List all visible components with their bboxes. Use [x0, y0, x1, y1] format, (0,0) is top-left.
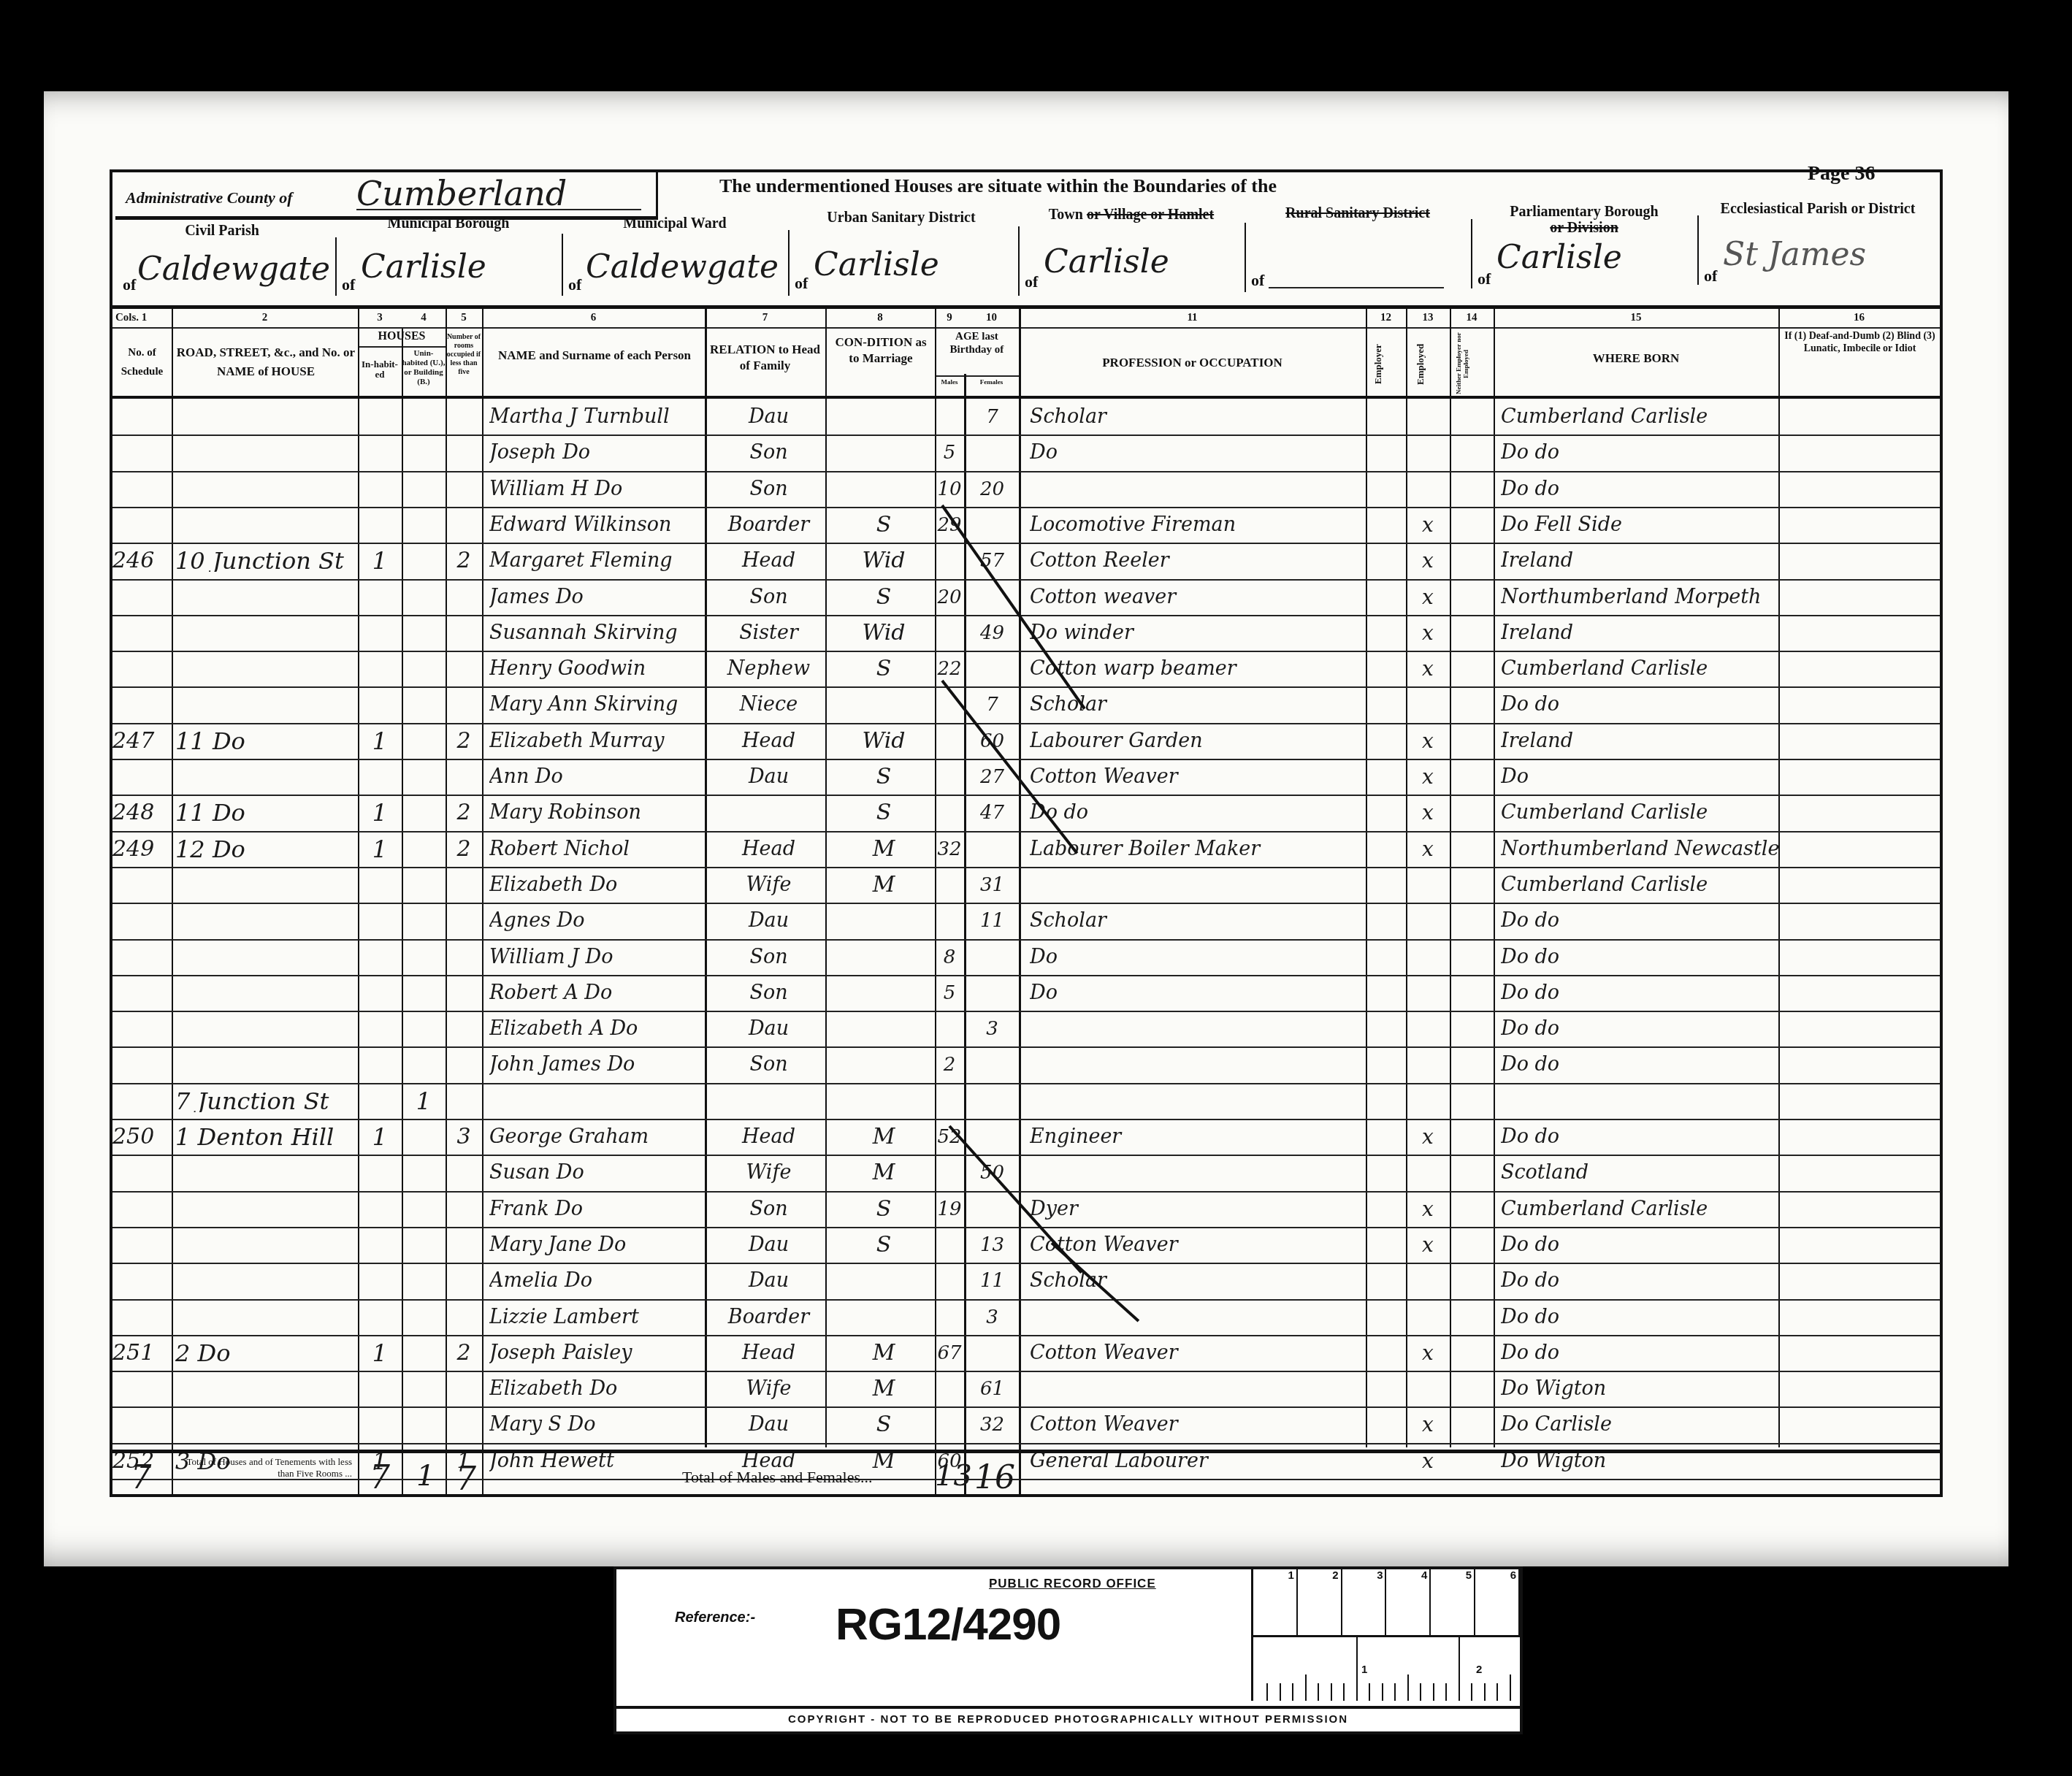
cell-relation: Son: [712, 478, 825, 500]
town-value: Carlisle: [1044, 243, 1169, 280]
cell-name: Henry Goodwin: [489, 658, 705, 680]
cell-born: Northumberland Morpeth: [1501, 586, 1778, 608]
cell-born: Northumberland Newcastle: [1501, 838, 1778, 860]
cell-born: Do: [1501, 766, 1778, 788]
cell-employed: x: [1406, 586, 1450, 608]
col-uninhabited-header: Unin-habited (U.), or Building (B.): [402, 349, 446, 387]
cell-occupation: Locomotive Fireman: [1030, 514, 1366, 536]
cell-relation: Head: [712, 730, 825, 752]
cell-occupation: Dyer: [1030, 1198, 1366, 1220]
cell-inhab: 1: [358, 1342, 402, 1364]
cell-male: 20: [935, 586, 964, 608]
total-rooms: 7: [456, 1461, 476, 1498]
cell-relation: Head: [712, 550, 825, 572]
cell-name: Frank Do: [489, 1198, 705, 1220]
cell-inhab: 1: [358, 550, 402, 572]
cell-born: Cumberland Carlisle: [1501, 1198, 1778, 1220]
cell-relation: Head: [712, 838, 825, 860]
total-inhabited: 7: [370, 1459, 390, 1496]
col-infirmity-header: If (1) Deaf-and-Dumb (2) Blind (3) Lunat…: [1781, 330, 1938, 355]
cell-sched: 247: [112, 730, 172, 752]
locations-row: Civil Parish of Caldewgate Municipal Bor…: [112, 215, 1940, 303]
cell-occupation: Cotton Reeler: [1030, 550, 1366, 572]
col-age-header: AGE last Birthday of: [935, 330, 1019, 356]
location-rural-sanitary-district: Rural Sanitary District of: [1248, 215, 1467, 299]
cell-male: 5: [935, 982, 964, 1004]
col-schedule-header: No. of Schedule: [112, 343, 172, 381]
cell-cond: M: [833, 1378, 935, 1400]
cell-address: 7 Junction St: [175, 1090, 358, 1112]
copyright-notice: COPYRIGHT - NOT TO BE REPRODUCED PHOTOGR…: [616, 1706, 1520, 1726]
cell-name: Elizabeth Do: [489, 1378, 705, 1400]
cell-name: Elizabeth A Do: [489, 1018, 705, 1040]
cell-born: Scotland: [1501, 1162, 1778, 1184]
cell-male: 2: [935, 1054, 964, 1076]
cell-address: 2 Do: [175, 1342, 358, 1364]
col-relation-header: RELATION to Head of Family: [708, 342, 822, 374]
cell-cond: M: [833, 1162, 935, 1184]
cell-relation: Dau: [712, 1414, 825, 1436]
cell-occupation: Do do: [1030, 802, 1366, 824]
cell-cond: M: [833, 1126, 935, 1148]
cell-name: Agnes Do: [489, 910, 705, 932]
cell-relation: Nephew: [712, 658, 825, 680]
cell-employed: x: [1406, 1414, 1450, 1436]
reference-number: RG12/4290: [836, 1599, 1060, 1650]
cell-relation: Dau: [712, 1018, 825, 1040]
col-males-header: Males: [935, 378, 964, 386]
cell-name: Mary S Do: [489, 1414, 705, 1436]
cell-relation: Boarder: [712, 1306, 825, 1328]
cell-employed: x: [1406, 1198, 1450, 1220]
cell-born: Do do: [1501, 478, 1778, 500]
cell-born: Cumberland Carlisle: [1501, 874, 1778, 896]
cell-name: Susan Do: [489, 1162, 705, 1184]
cell-inhab: 1: [358, 730, 402, 752]
reference-card: PUBLIC RECORD OFFICE Reference:- RG12/42…: [613, 1566, 1523, 1734]
cell-occupation: Scholar: [1030, 910, 1366, 932]
cell-name: Joseph Paisley: [489, 1342, 705, 1364]
urban-sanitary-district-value: Carlisle: [814, 246, 939, 283]
cell-rooms: 2: [446, 838, 482, 860]
location-parliamentary-borough: Parliamentary Boroughor Division of Carl…: [1475, 215, 1694, 299]
parliamentary-borough-value: Carlisle: [1496, 239, 1622, 276]
cell-relation: Son: [712, 1198, 825, 1220]
cell-address: 11 Do: [175, 802, 358, 824]
cell-name: Edward Wilkinson: [489, 514, 705, 536]
cell-name: Martha J Turnbull: [489, 406, 705, 428]
location-urban-sanitary-district: Urban Sanitary District of Carlisle: [792, 215, 1011, 299]
col-address-header: ROAD, STREET, &c., and No. or NAME of HO…: [175, 343, 357, 381]
cell-relation: Dau: [712, 1270, 825, 1292]
cell-name: Mary Ann Skirving: [489, 694, 705, 716]
cell-occupation: Cotton warp beamer: [1030, 658, 1366, 680]
cell-sched: 251: [112, 1342, 172, 1364]
cell-born: Do Wigton: [1501, 1378, 1778, 1400]
cell-born: Do do: [1501, 1126, 1778, 1148]
cell-relation: Son: [712, 946, 825, 968]
cell-inhab: 1: [358, 1126, 402, 1148]
cell-relation: Wife: [712, 1162, 825, 1184]
cell-relation: Dau: [712, 766, 825, 788]
cell-relation: Niece: [712, 694, 825, 716]
cell-occupation: Cotton Weaver: [1030, 766, 1366, 788]
cell-male: 67: [935, 1342, 964, 1364]
cell-address: 1 Denton Hill: [175, 1126, 358, 1148]
cell-female: 61: [966, 1378, 1019, 1400]
cell-born: Cumberland Carlisle: [1501, 658, 1778, 680]
cell-male: 8: [935, 946, 964, 968]
cell-occupation: Do: [1030, 946, 1366, 968]
cell-cond: S: [833, 586, 935, 608]
cell-employed: x: [1406, 838, 1450, 860]
col-employer-header: Employer: [1373, 332, 1399, 397]
cell-relation: Dau: [712, 1234, 825, 1256]
cell-born: Do do: [1501, 946, 1778, 968]
cell-employed: x: [1406, 1342, 1450, 1364]
cell-born: Ireland: [1501, 622, 1778, 644]
cell-male: 32: [935, 838, 964, 860]
cell-employed: x: [1406, 622, 1450, 644]
cell-relation: Wife: [712, 874, 825, 896]
cell-address: 12 Do: [175, 838, 358, 860]
cell-born: Ireland: [1501, 550, 1778, 572]
location-town: Town or Village or Hamlet of Carlisle: [1022, 215, 1241, 299]
cell-employed: x: [1406, 1234, 1450, 1256]
cell-male: 19: [935, 1198, 964, 1220]
cell-rooms: 2: [446, 802, 482, 824]
col-name-header: NAME and Surname of each Person: [492, 346, 697, 365]
total-males: 13: [935, 1459, 972, 1493]
ecclesiastical-parish-value: St James: [1723, 236, 1866, 273]
cell-born: Do do: [1501, 982, 1778, 1004]
cell-born: Do do: [1501, 1234, 1778, 1256]
cell-sched: 249: [112, 838, 172, 860]
col-where-born-header: WHERE BORN: [1494, 351, 1778, 367]
cell-born: Do Fell Side: [1501, 514, 1778, 536]
cell-name: Ann Do: [489, 766, 705, 788]
reference-label: Reference:-: [675, 1609, 755, 1626]
total-uninhabited: 1: [416, 1459, 435, 1493]
location-civil-parish: Civil Parish of Caldewgate: [112, 215, 332, 299]
location-municipal-borough: Municipal Borough of Carlisle: [339, 215, 558, 299]
cell-uninhab: 1: [402, 1090, 446, 1112]
cell-female: 7: [966, 406, 1019, 428]
col-inhabited-header: In-habit-ed: [358, 359, 402, 380]
cell-employed: x: [1406, 514, 1450, 536]
cell-sched: 248: [112, 802, 172, 824]
cell-female: 11: [966, 910, 1019, 932]
cell-relation: Sister: [712, 622, 825, 644]
cell-relation: Son: [712, 982, 825, 1004]
cell-cond: S: [833, 766, 935, 788]
cell-name: Mary Robinson: [489, 802, 705, 824]
cell-cond: S: [833, 1234, 935, 1256]
cell-rooms: 3: [446, 1126, 482, 1148]
cell-occupation: Cotton Weaver: [1030, 1414, 1366, 1436]
cell-born: Do do: [1501, 1270, 1778, 1292]
cell-name: Susannah Skirving: [489, 622, 705, 644]
cell-sched: 246: [112, 550, 172, 572]
cell-born: Cumberland Carlisle: [1501, 802, 1778, 824]
cell-cond: M: [833, 838, 935, 860]
cell-cond: Wid: [833, 550, 935, 572]
cell-occupation: Labourer Garden: [1030, 730, 1366, 752]
cell-male: 22: [935, 658, 964, 680]
cell-cond: S: [833, 1198, 935, 1220]
cell-female: 31: [966, 874, 1019, 896]
cell-rooms: 2: [446, 550, 482, 572]
cell-inhab: 1: [358, 838, 402, 860]
cell-relation: Dau: [712, 910, 825, 932]
cell-born: Do do: [1501, 1054, 1778, 1076]
cell-occupation: Cotton Weaver: [1030, 1342, 1366, 1364]
cell-female: 11: [966, 1270, 1019, 1292]
cell-relation: Boarder: [712, 514, 825, 536]
cell-born: Do do: [1501, 442, 1778, 464]
location-municipal-ward: Municipal Ward of Caldewgate: [565, 215, 784, 299]
totals-persons-label: Total of Males and Females...: [682, 1468, 873, 1487]
cell-female: 7: [966, 694, 1019, 716]
column-header: Cols. 1 2 3 4 5 6 7 8 9 10 11 12 13 14 1…: [112, 308, 1940, 396]
cell-relation: Wife: [712, 1378, 825, 1400]
cell-name: Elizabeth Murray: [489, 730, 705, 752]
cell-born: Do do: [1501, 1306, 1778, 1328]
cell-employed: x: [1406, 658, 1450, 680]
location-ecclesiastical-parish: Ecclesiastical Parish or District of St …: [1701, 215, 1935, 299]
total-schedules: 7: [131, 1459, 151, 1496]
cell-relation: Son: [712, 442, 825, 464]
cell-female: 3: [966, 1306, 1019, 1328]
totals-row: 7 Total of Houses and of Tenements with …: [112, 1453, 1940, 1497]
public-record-office-label: PUBLIC RECORD OFFICE: [989, 1577, 1156, 1591]
cell-employed: x: [1406, 730, 1450, 752]
cell-employed: x: [1406, 550, 1450, 572]
cell-born: Do Carlisle: [1501, 1414, 1778, 1436]
totals-houses-label: Total of Houses and of Tenements with le…: [177, 1456, 352, 1480]
cell-name: Lizzie Lambert: [489, 1306, 705, 1328]
cell-born: Cumberland Carlisle: [1501, 406, 1778, 428]
cell-name: John James Do: [489, 1054, 705, 1076]
cell-name: William H Do: [489, 478, 705, 500]
col-employed-header: Employed: [1415, 332, 1441, 397]
municipal-ward-value: Caldewgate: [586, 248, 779, 286]
cell-occupation: Labourer Boiler Maker: [1030, 838, 1366, 860]
cell-relation: Head: [712, 1126, 825, 1148]
cell-cond: S: [833, 658, 935, 680]
cell-cond: M: [833, 874, 935, 896]
cell-born: Ireland: [1501, 730, 1778, 752]
cell-female: 60: [966, 730, 1019, 752]
cell-female: 47: [966, 802, 1019, 824]
cell-female: 20: [966, 478, 1019, 500]
cell-employed: x: [1406, 766, 1450, 788]
cell-relation: Son: [712, 586, 825, 608]
cell-cond: Wid: [833, 730, 935, 752]
cell-rooms: 2: [446, 1342, 482, 1364]
civil-parish-value: Caldewgate: [137, 250, 330, 288]
cell-rooms: 2: [446, 730, 482, 752]
cell-name: William J Do: [489, 946, 705, 968]
cell-female: 13: [966, 1234, 1019, 1256]
cell-cond: S: [833, 1414, 935, 1436]
cell-cond: S: [833, 802, 935, 824]
col-rooms-header: Number of rooms occupied if less than fi…: [446, 333, 482, 377]
cell-male: 5: [935, 442, 964, 464]
cell-inhab: 1: [358, 802, 402, 824]
municipal-borough-value: Carlisle: [361, 248, 486, 286]
col-females-header: Females: [964, 378, 1019, 386]
total-females: 16: [974, 1459, 1015, 1496]
cell-sched: 250: [112, 1126, 172, 1148]
cell-address: 11 Do: [175, 730, 358, 752]
cell-relation: Dau: [712, 406, 825, 428]
cell-name: Amelia Do: [489, 1270, 705, 1292]
cell-born: Do do: [1501, 910, 1778, 932]
cell-cond: M: [833, 1342, 935, 1364]
cell-name: Mary Jane Do: [489, 1234, 705, 1256]
cell-occupation: Do: [1030, 982, 1366, 1004]
cell-female: 32: [966, 1414, 1019, 1436]
cell-born: Do do: [1501, 1342, 1778, 1364]
cell-name: Elizabeth Do: [489, 874, 705, 896]
cell-name: George Graham: [489, 1126, 705, 1148]
cell-name: Robert A Do: [489, 982, 705, 1004]
cell-male: 10: [935, 478, 964, 500]
cell-female: 3: [966, 1018, 1019, 1040]
cell-employed: x: [1406, 802, 1450, 824]
col-condition-header: CON-DITION as to Marriage: [830, 334, 932, 367]
cell-cond: S: [833, 514, 935, 536]
cell-occupation: Engineer: [1030, 1126, 1366, 1148]
cell-occupation: Do: [1030, 442, 1366, 464]
cell-name: Robert Nichol: [489, 838, 705, 860]
col-neither-header: Neither Employer nor Employed: [1455, 330, 1488, 397]
cell-occupation: Scholar: [1030, 406, 1366, 428]
cell-name: James Do: [489, 586, 705, 608]
cell-cond: Wid: [833, 622, 935, 644]
cell-name: Margaret Fleming: [489, 550, 705, 572]
cell-occupation: Do winder: [1030, 622, 1366, 644]
cell-female: 49: [966, 622, 1019, 644]
cell-relation: Head: [712, 1342, 825, 1364]
cell-born: Do do: [1501, 694, 1778, 716]
cell-name: Joseph Do: [489, 442, 705, 464]
cell-employed: x: [1406, 1126, 1450, 1148]
scale-ruler: 1 2 3 4 5 6 1 2: [1251, 1569, 1520, 1701]
cell-born: Do do: [1501, 1018, 1778, 1040]
cell-relation: Son: [712, 1054, 825, 1076]
cell-occupation: Cotton Weaver: [1030, 1234, 1366, 1256]
cell-address: 10 Junction St: [175, 550, 358, 572]
cell-occupation: Cotton weaver: [1030, 586, 1366, 608]
col-occupation-header: PROFESSION or OCCUPATION: [1019, 355, 1366, 371]
